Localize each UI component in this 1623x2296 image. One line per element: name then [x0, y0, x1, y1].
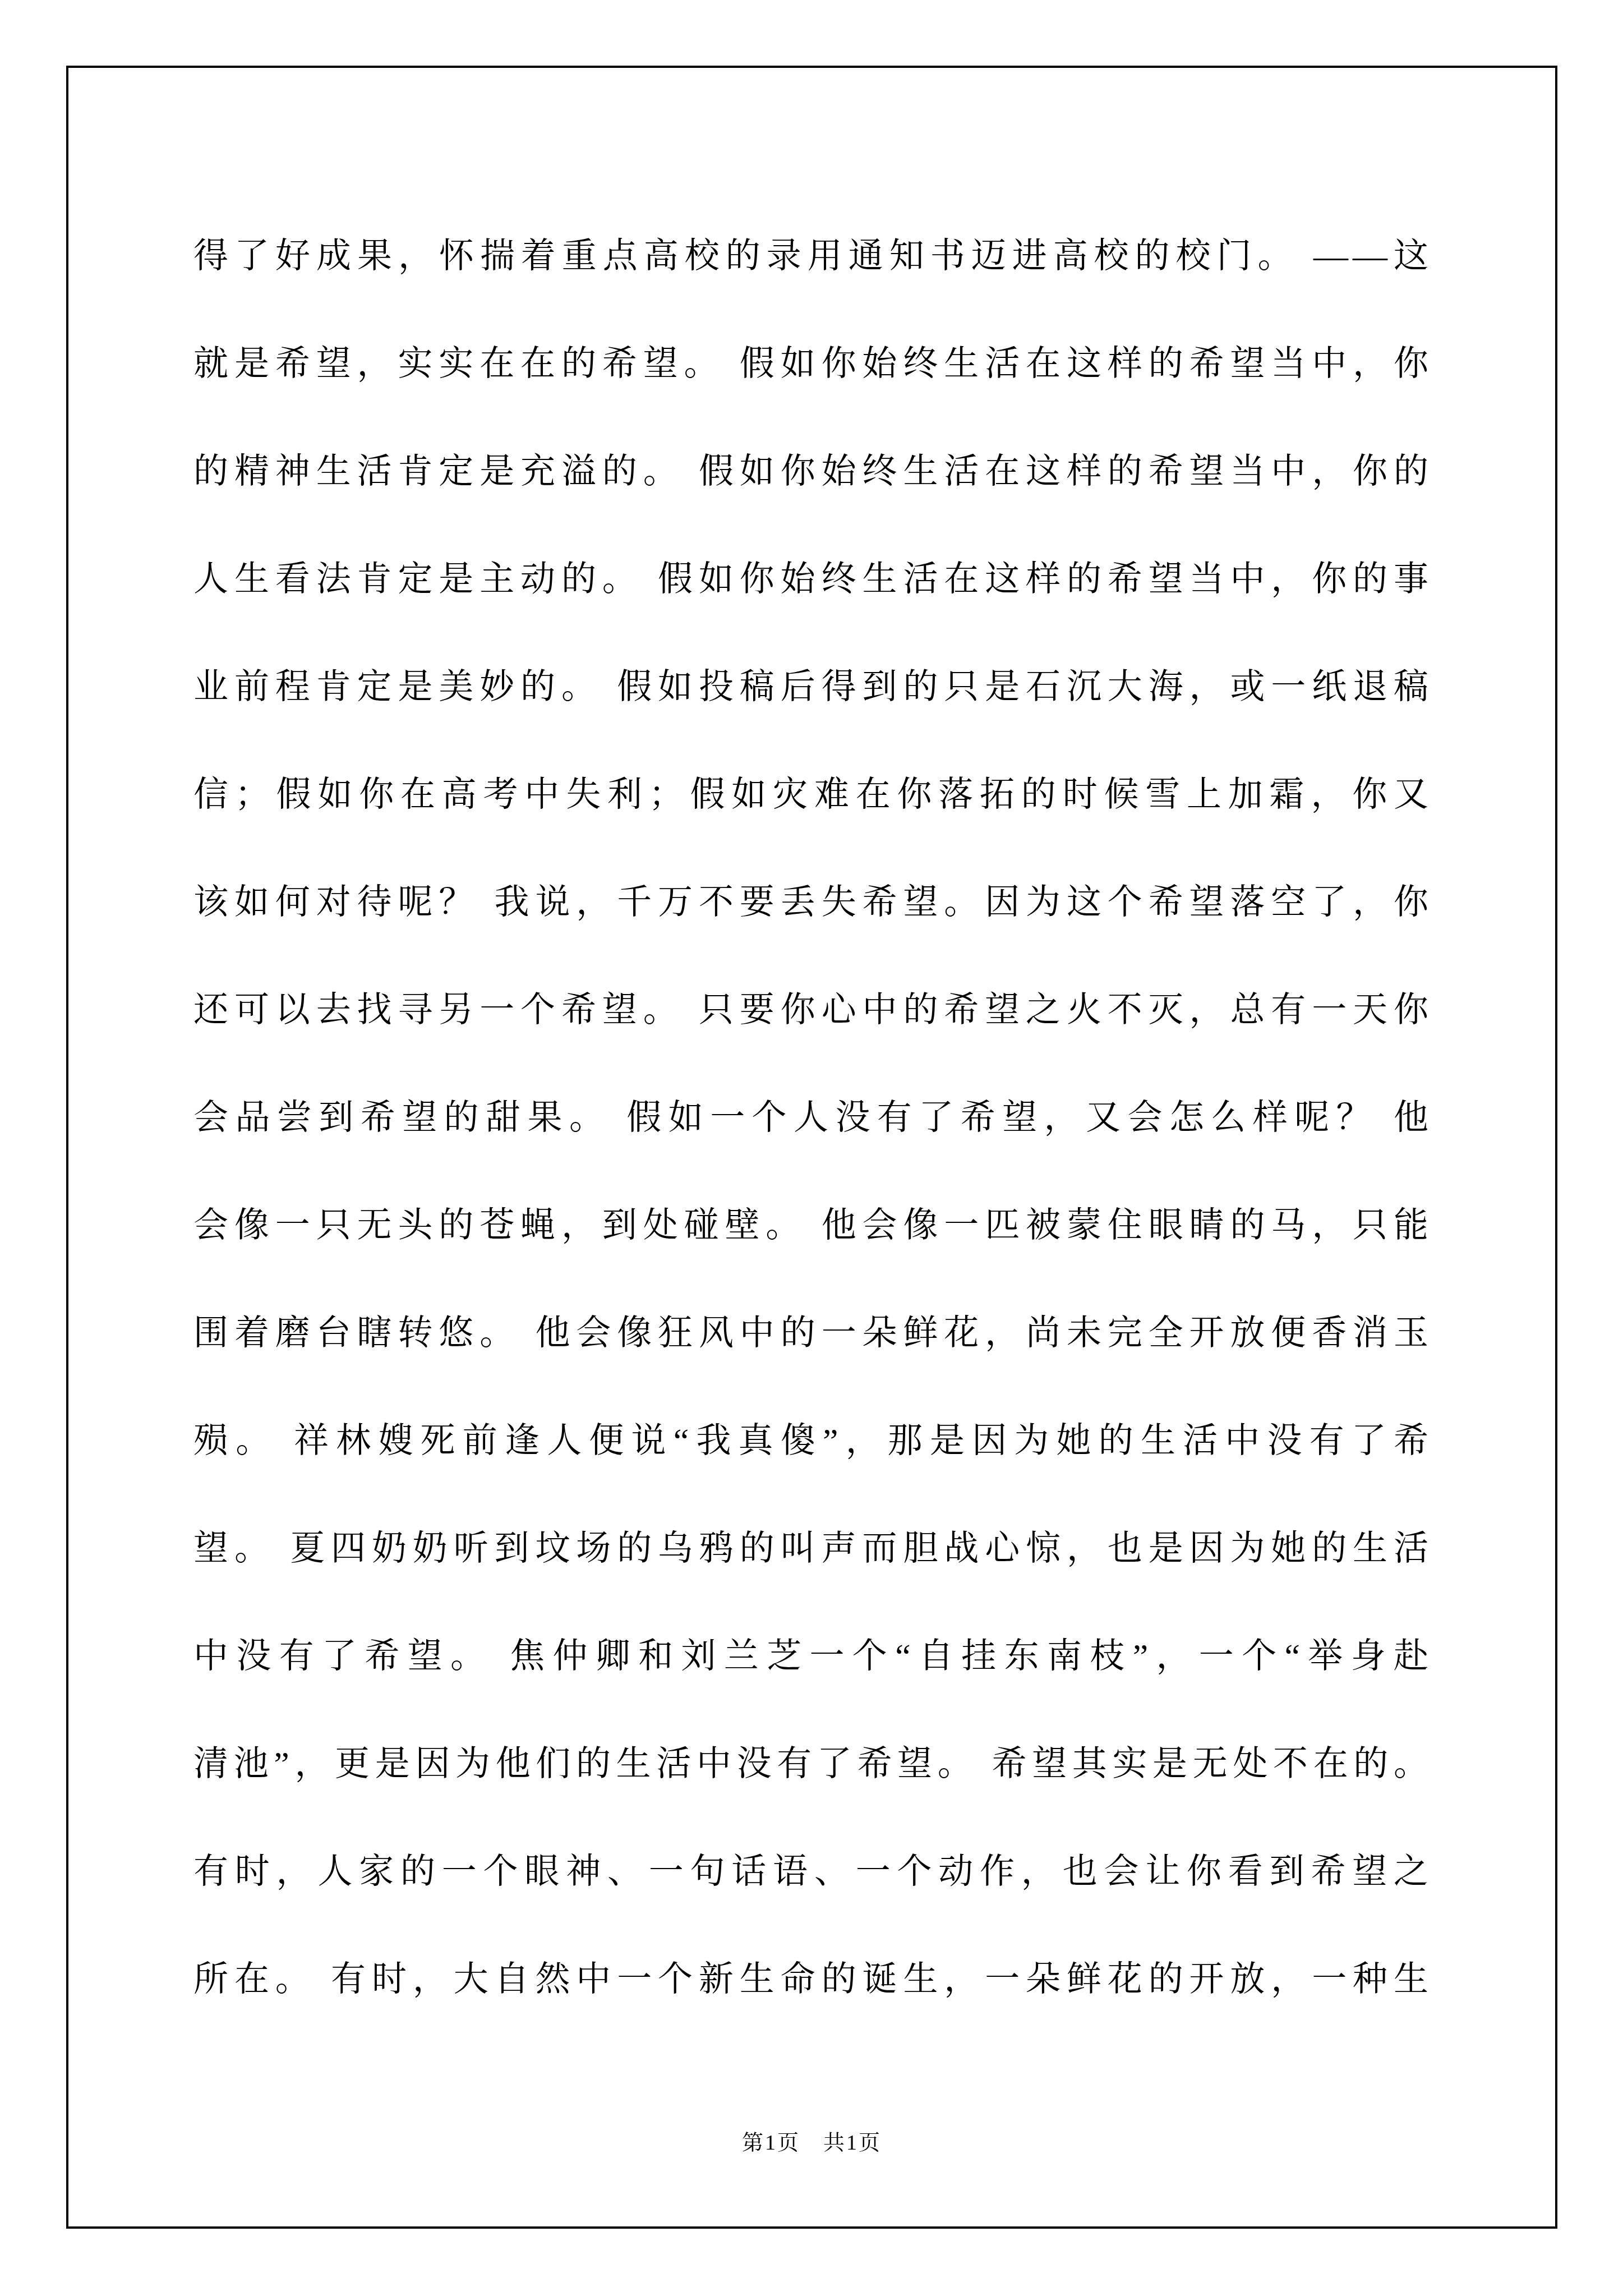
- document-body: 得了好成果，怀揣着重点高校的录用通知书迈进高校的校门。 ——这 就是希望，实实在…: [193, 203, 1433, 2033]
- text-line: 的精神生活肯定是充溢的。 假如你始终生活在这样的希望当中，你的: [193, 418, 1433, 526]
- text-line: 望。 夏四奶奶听到坟场的乌鸦的叫声而胆战心惊，也是因为她的生活: [193, 1495, 1433, 1603]
- text-line: 还可以去找寻另一个希望。 只要你心中的希望之火不灭，总有一天你: [193, 956, 1433, 1064]
- text-line: 中没有了希望。 焦仲卿和刘兰芝一个“自挂东南枝”，一个“举身赴: [193, 1603, 1433, 1710]
- text-line: 业前程肯定是美妙的。 假如投稿后得到的只是石沉大海，或一纸退稿: [193, 633, 1433, 741]
- text-line: 殒。 祥林嫂死前逢人便说“我真傻”，那是因为她的生活中没有了希: [193, 1387, 1433, 1495]
- text-line: 会像一只无头的苍蝇，到处碰壁。 他会像一匹被蒙住眼睛的马，只能: [193, 1172, 1433, 1280]
- text-line: 该如何对待呢？ 我说，千万不要丢失希望。因为这个希望落空了，你: [193, 849, 1433, 956]
- text-line: 所在。 有时，大自然中一个新生命的诞生，一朵鲜花的开放，一种生: [193, 1926, 1433, 2033]
- text-line: 清池”，更是因为他们的生活中没有了希望。 希望其实是无处不在的。: [193, 1710, 1433, 1818]
- text-line: 信；假如你在高考中失利；假如灾难在你落拓的时候雪上加霜，你又: [193, 741, 1433, 849]
- text-line: 围着磨台瞎转悠。 他会像狂风中的一朵鲜花，尚未完全开放便香消玉: [193, 1280, 1433, 1387]
- text-line: 会品尝到希望的甜果。 假如一个人没有了希望，又会怎么样呢？ 他: [193, 1064, 1433, 1172]
- page-footer: 第1页 共1页: [66, 2116, 1557, 2170]
- text-line: 人生看法肯定是主动的。 假如你始终生活在这样的希望当中，你的事: [193, 526, 1433, 633]
- text-line: 得了好成果，怀揣着重点高校的录用通知书迈进高校的校门。 ——这: [193, 203, 1433, 310]
- text-line: 就是希望，实实在在的希望。 假如你始终生活在这样的希望当中，你: [193, 310, 1433, 418]
- text-line: 有时，人家的一个眼神、一句话语、一个动作，也会让你看到希望之: [193, 1818, 1433, 1926]
